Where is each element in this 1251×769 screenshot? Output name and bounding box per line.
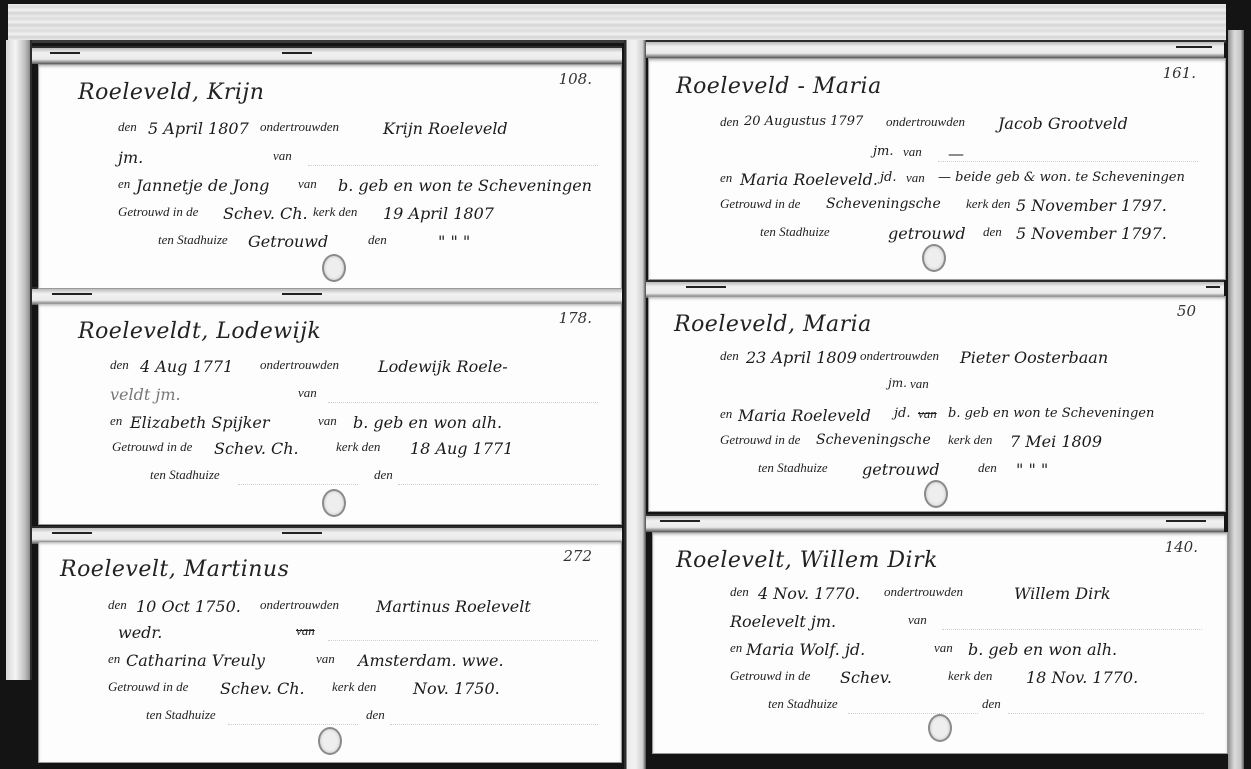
bride-name: Maria Roeleveld. <box>740 170 878 189</box>
en-label: en <box>720 170 732 186</box>
den-label: den <box>108 597 127 613</box>
ondertrouwden-label: ondertrouwden <box>886 114 965 130</box>
stadhuize-date: " " " <box>1016 460 1048 479</box>
betrothal-date: 4 Nov. 1770. <box>758 584 860 603</box>
marriage-date: 18 Aug 1771 <box>410 439 513 458</box>
en-label: en <box>720 406 732 422</box>
bride-name: Maria Wolf. jd. <box>746 640 865 659</box>
betrothal-date: 5 April 1807 <box>148 119 249 138</box>
marriage-date: 18 Nov. 1770. <box>1026 668 1138 687</box>
index-card[interactable]: 108. Roeleveld, Krijn den 5 April 1807 o… <box>38 64 622 289</box>
groom-name: Pieter Oosterbaan <box>960 348 1108 367</box>
card-tab-strip <box>646 40 1224 58</box>
kerk-den-label: kerk den <box>966 196 1010 212</box>
card-heading: Roelevelt, Willem Dirk <box>676 548 938 573</box>
stadhuize-den-label: den <box>374 467 393 483</box>
card-number: 140. <box>1165 538 1198 556</box>
van-label: van <box>296 623 315 639</box>
church: Scheveningsche <box>816 432 931 448</box>
punch-hole <box>318 727 342 755</box>
stadhuize-label: ten Stadhuize <box>146 707 216 723</box>
card-heading: Roeleveldt, Lodewijk <box>78 319 321 344</box>
card-heading: Roelevelt, Martinus <box>60 557 289 582</box>
punch-hole <box>924 480 948 508</box>
bride-van-label: van <box>934 640 953 656</box>
en-label: en <box>110 413 122 429</box>
bride-van-label: van <box>918 406 937 422</box>
card-tab-strip <box>32 46 622 64</box>
card-number: 178. <box>559 309 592 327</box>
stadhuize-den-label: den <box>983 224 1002 240</box>
index-card[interactable]: 140. Roelevelt, Willem Dirk den 4 Nov. 1… <box>652 532 1228 754</box>
index-card[interactable]: 272 Roelevelt, Martinus den 10 Oct 1750.… <box>38 541 622 763</box>
stadhuize-date: 5 November 1797. <box>1016 224 1167 243</box>
kerk-den-label: kerk den <box>313 204 357 220</box>
ondertrouwden-label: ondertrouwden <box>260 119 339 135</box>
stadhuize-value: getrouwd <box>888 224 966 243</box>
bride-van-label: van <box>316 651 335 667</box>
bride-name: Maria Roeleveld <box>738 406 871 425</box>
drawer-frame-top <box>8 4 1226 43</box>
getrouwd-label: Getrouwd in de <box>720 196 800 212</box>
card-heading: Roeleveld - Maria <box>676 74 882 99</box>
card-number: 108. <box>559 70 592 88</box>
groom-status: Roelevelt jm. <box>730 612 836 631</box>
groom-name: Krijn Roeleveld <box>383 119 508 138</box>
getrouwd-label: Getrouwd in de <box>118 204 198 220</box>
bride-origin: b. geb en won alh. <box>353 413 502 432</box>
stadhuize-den-label: den <box>978 460 997 476</box>
marriage-date: 19 April 1807 <box>383 204 494 223</box>
stadhuize-date: " " " <box>438 232 470 251</box>
punch-hole <box>322 489 346 517</box>
stadhuize-den-label: den <box>368 232 387 248</box>
stadhuize-label: ten Stadhuize <box>760 224 830 240</box>
card-number: 272 <box>563 547 592 565</box>
ondertrouwden-label: ondertrouwden <box>260 357 339 373</box>
bride-name: Jannetje de Jong <box>136 176 269 195</box>
groom-name: Lodewijk Roele- <box>378 357 508 376</box>
punch-hole <box>322 254 346 282</box>
van-label: van <box>910 376 929 392</box>
bride-origin: b. geb en won alh. <box>968 640 1117 659</box>
stadhuize-den-label: den <box>366 707 385 723</box>
bride-name: Catharina Vreuly <box>126 651 265 670</box>
stadhuize-value: getrouwd <box>862 460 940 479</box>
den-label: den <box>720 114 739 130</box>
card-tab-strip <box>646 514 1224 532</box>
groom-status: jm. <box>888 376 907 390</box>
betrothal-date: 23 April 1809 <box>746 348 857 367</box>
bride-origin: b. geb en won te Scheveningen <box>948 406 1154 421</box>
index-card[interactable]: 161. Roeleveld - Maria den 20 Augustus 1… <box>648 58 1226 280</box>
church: Scheveningsche <box>826 196 941 212</box>
marriage-date: 5 November 1797. <box>1016 196 1167 215</box>
den-label: den <box>110 357 129 373</box>
drawer-frame-left <box>6 40 32 680</box>
en-label: en <box>730 640 742 656</box>
drawer-divider <box>624 40 646 769</box>
bride-status: jd. <box>894 406 911 421</box>
den-label: den <box>720 348 739 364</box>
church: Schev. <box>840 668 892 687</box>
betrothal-date: 10 Oct 1750. <box>136 597 241 616</box>
bride-van-label: van <box>906 170 925 186</box>
stadhuize-label: ten Stadhuize <box>758 460 828 476</box>
card-number: 50 <box>1177 302 1196 320</box>
van-label: van <box>908 612 927 628</box>
en-label: en <box>118 176 130 192</box>
groom-status: jm. <box>118 148 143 167</box>
groom-status: wedr. <box>118 623 162 642</box>
ondertrouwden-label: ondertrouwden <box>260 597 339 613</box>
marriage-date: Nov. 1750. <box>413 679 500 698</box>
van-label: van <box>298 385 317 401</box>
card-heading: Roeleveld, Krijn <box>78 80 264 105</box>
card-number: 161. <box>1163 64 1196 82</box>
groom-name: Willem Dirk <box>1014 584 1111 603</box>
bride-origin: b. geb en won te Scheveningen <box>338 176 592 195</box>
van-label: van <box>273 148 292 164</box>
church: Schev. Ch. <box>214 439 299 458</box>
ondertrouwden-label: ondertrouwden <box>860 348 939 364</box>
card-heading: Roeleveld, Maria <box>674 312 872 337</box>
van-label: van <box>903 144 922 160</box>
index-card[interactable]: 50 Roeleveld, Maria den 23 April 1809 on… <box>648 296 1226 512</box>
church: Schev. Ch. <box>223 204 308 223</box>
groom-status: veldt jm. <box>110 385 181 404</box>
kerk-den-label: kerk den <box>332 679 376 695</box>
stadhuize-den-label: den <box>982 696 1001 712</box>
punch-hole <box>928 714 952 742</box>
bride-origin: — beide geb & won. te Scheveningen <box>938 170 1185 185</box>
betrothal-date: 4 Aug 1771 <box>140 357 233 376</box>
getrouwd-label: Getrouwd in de <box>730 668 810 684</box>
kerk-den-label: kerk den <box>336 439 380 455</box>
groom-name: Jacob Grootveld <box>998 114 1128 133</box>
kerk-den-label: kerk den <box>948 668 992 684</box>
bride-van-label: van <box>298 176 317 192</box>
stadhuize-label: ten Stadhuize <box>768 696 838 712</box>
stadhuize-value: Getrouwd <box>248 232 328 251</box>
ondertrouwden-label: ondertrouwden <box>884 584 963 600</box>
stadhuize-label: ten Stadhuize <box>158 232 228 248</box>
bride-van-label: van <box>318 413 337 429</box>
getrouwd-label: Getrouwd in de <box>720 432 800 448</box>
kerk-den-label: kerk den <box>948 432 992 448</box>
betrothal-date: 20 Augustus 1797 <box>744 114 863 129</box>
den-label: den <box>118 119 137 135</box>
groom-status: jm. <box>873 144 894 159</box>
bride-origin: Amsterdam. wwe. <box>358 651 504 670</box>
den-label: den <box>730 584 749 600</box>
getrouwd-label: Getrouwd in de <box>112 439 192 455</box>
church: Schev. Ch. <box>220 679 305 698</box>
drawer-frame-right <box>1228 30 1244 769</box>
en-label: en <box>108 651 120 667</box>
marriage-date: 7 Mei 1809 <box>1010 432 1102 451</box>
punch-hole <box>922 244 946 272</box>
groom-name: Martinus Roelevelt <box>376 597 531 616</box>
stadhuize-label: ten Stadhuize <box>150 467 220 483</box>
index-card[interactable]: 178. Roeleveldt, Lodewijk den 4 Aug 1771… <box>38 303 622 525</box>
bride-name: Elizabeth Spijker <box>130 413 270 432</box>
bride-status: jd. <box>880 170 897 185</box>
getrouwd-label: Getrouwd in de <box>108 679 188 695</box>
